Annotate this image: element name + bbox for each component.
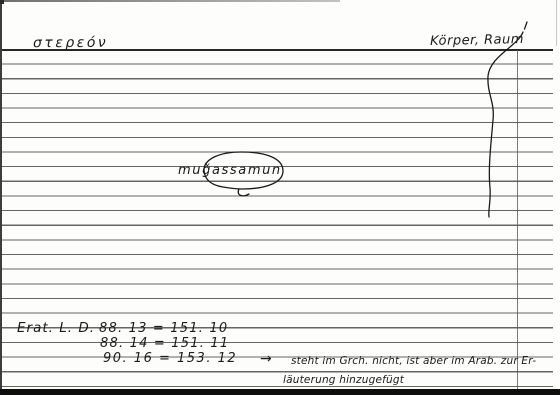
flourish-stroke <box>480 20 540 230</box>
left-page-edge <box>0 0 2 395</box>
right-page-edge <box>556 0 557 46</box>
source-label: Erat. L. D. <box>17 322 95 336</box>
reference-row: 88. 13 = 151. 10 <box>99 322 228 335</box>
ruled-lines <box>2 50 553 388</box>
oval-annotation <box>190 147 294 201</box>
annotation-line: läuterung hinzugefügt <box>283 375 404 386</box>
notebook-page: στερεόν Körper, Raum muǧassamun Erat. L.… <box>0 0 560 395</box>
reference-row: 90. 16 = 153. 12 <box>103 352 237 365</box>
top-page-edge <box>0 0 340 2</box>
arrow-right-icon: → <box>260 352 272 366</box>
greek-term: στερεόν <box>33 36 108 51</box>
bottom-page-edge <box>0 389 560 395</box>
top-left-corner-mark <box>0 0 4 4</box>
reference-row: 88. 14 = 151. 11 <box>100 337 229 350</box>
annotation-line: steht im Grch. nicht, ist aber im Arab. … <box>291 356 536 367</box>
